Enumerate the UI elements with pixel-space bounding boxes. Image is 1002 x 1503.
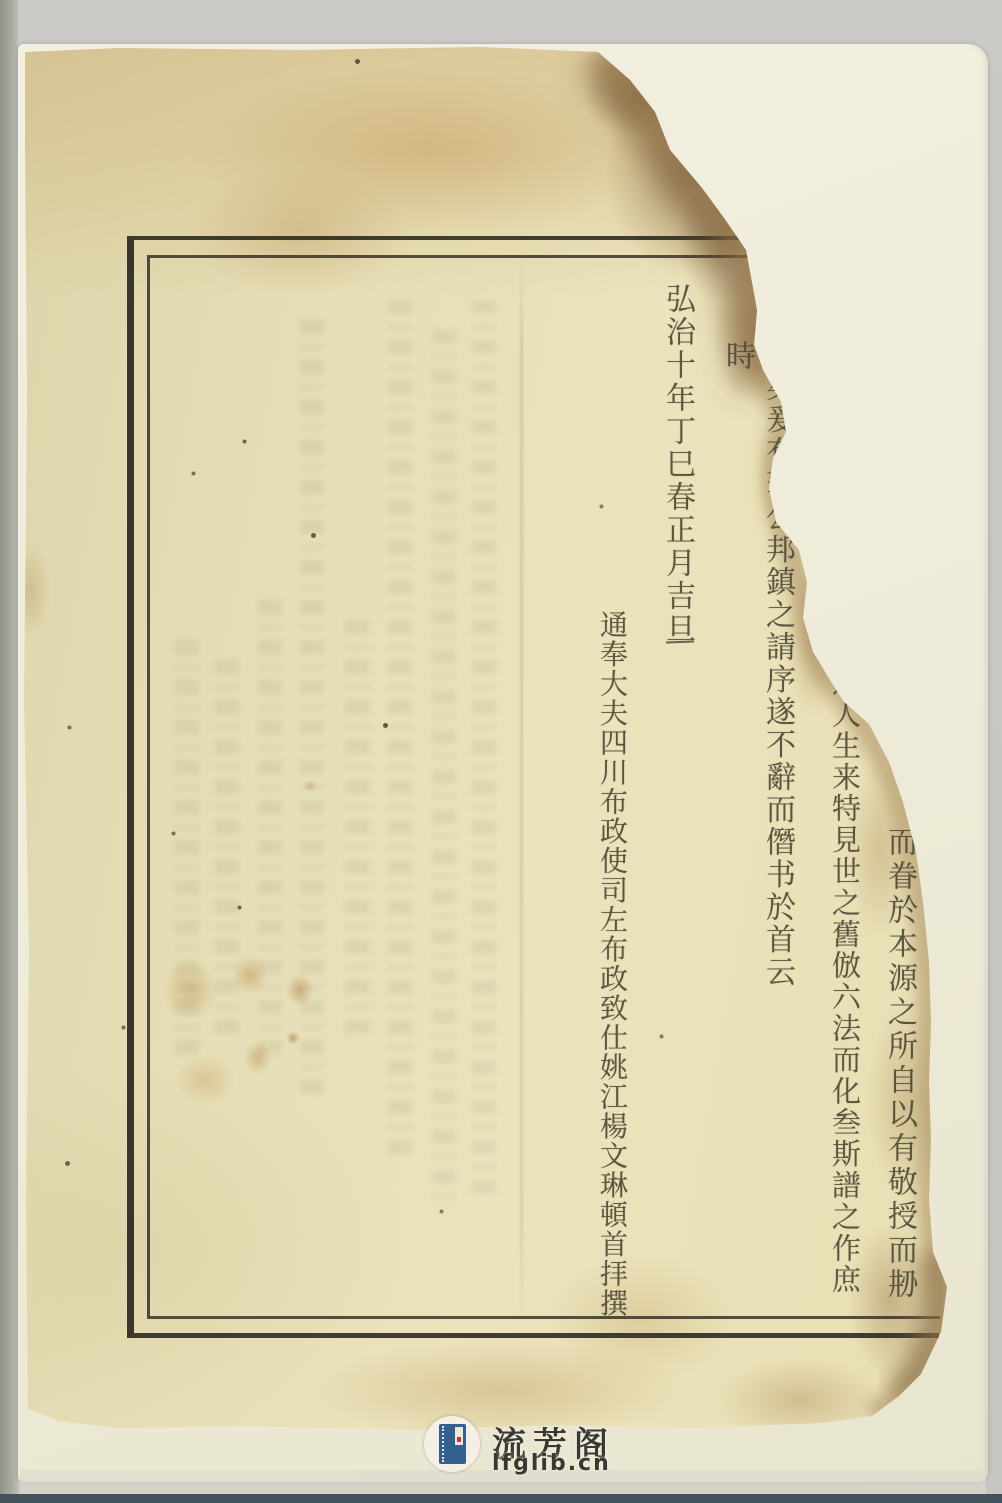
text-column-time-marker: 時: [722, 340, 752, 370]
text-column-signature: 通奉大夫四川布政使司左布政致仕姚江楊文琳頓首拝撰: [598, 610, 626, 1318]
watermark-badge: [424, 1416, 480, 1472]
watermark-site-url: lfglib.cn: [492, 1451, 611, 1476]
manuscript-scan: 而眷於本源之所自以有敬授而刱 視宗族如途人生来特見世之舊倣六法而化叁斯譜之作庶 …: [0, 0, 1002, 1503]
book-title-label: [455, 1427, 463, 1445]
text-column-date: 弘治十年丁巳春正月吉旦: [662, 283, 692, 646]
book-icon: [439, 1424, 466, 1464]
scan-left-edge: [0, 0, 18, 1503]
book-seal-mark: [457, 1437, 461, 1442]
scan-bottom-edge: [0, 1494, 1002, 1503]
text-column-torn-right: 而眷於本源之所自以有敬授而刱: [884, 826, 914, 1302]
